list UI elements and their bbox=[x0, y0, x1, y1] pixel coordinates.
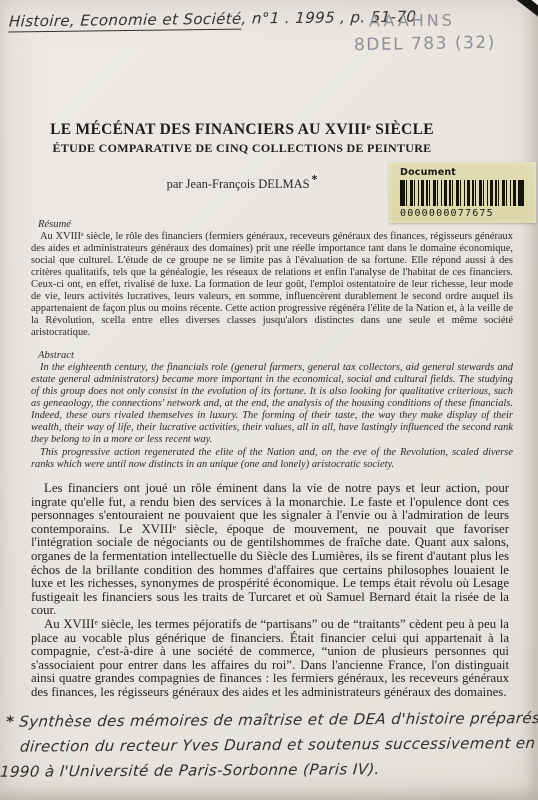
pencil-shelfmark-1: AAAHNS bbox=[369, 11, 455, 31]
handwritten-footnote: *Synthèse des mémoires de maîtrise et de… bbox=[1, 706, 507, 785]
article-title: LE MÉCÉNAT DES FINANCIERS AU XVIIIᵉ SIÈC… bbox=[0, 121, 484, 139]
author-name: par Jean-François DELMAS bbox=[167, 177, 310, 191]
footnote-line: 1990 à l'Université de Paris-Sorbonne (P… bbox=[0, 756, 503, 785]
journal-citation: Histoire, Economie et Société, n°1 . 199… bbox=[8, 8, 416, 31]
footnote-mark: * bbox=[5, 713, 15, 731]
footnote-line: *Synthèse des mémoires de maîtrise et de… bbox=[5, 706, 507, 735]
resume-section: Résumé Au XVIIIᵉ siècle, le rôle des fin… bbox=[31, 219, 513, 339]
abstract-section: Abstract In the eighteenth century, the … bbox=[31, 350, 513, 471]
abstract-paragraph-2: This progressive action regenerated the … bbox=[31, 447, 513, 471]
journal-title: Histoire, Economie et Société bbox=[8, 10, 242, 33]
article-body: Les financiers ont joué un rôle éminent … bbox=[31, 482, 509, 700]
body-paragraph-1: Les financiers ont joué un rôle éminent … bbox=[31, 482, 509, 618]
barcode-number: 0000000077675 bbox=[400, 208, 536, 219]
resume-text: Au XVIIIᵉ siècle, le rôle des financiers… bbox=[31, 231, 513, 339]
pencil-shelfmark-2: 8DEL 783 (32) bbox=[354, 33, 496, 55]
resume-label: Résumé bbox=[38, 219, 513, 230]
barcode-label: Document bbox=[400, 167, 536, 178]
barcode-icon bbox=[400, 180, 524, 206]
body-paragraph-2: Au XVIIIᵉ siècle, les termes péjoratifs … bbox=[31, 618, 509, 700]
barcode-sticker: Document 0000000077675 bbox=[389, 162, 536, 223]
scanned-article-page: Histoire, Economie et Société, n°1 . 199… bbox=[0, 0, 538, 800]
author-footnote-mark: * bbox=[312, 173, 318, 186]
footnote-line: direction du recteur Yves Durand et sout… bbox=[19, 731, 505, 759]
abstract-paragraph-1: In the eighteenth century, the financial… bbox=[31, 362, 513, 446]
page-corner-mark bbox=[514, 0, 538, 18]
footnote-text-1: Synthèse des mémoires de maîtrise et de … bbox=[19, 709, 538, 731]
article-subtitle: ÉTUDE COMPARATIVE DE CINQ COLLECTIONS DE… bbox=[0, 141, 484, 156]
abstract-label: Abstract bbox=[38, 350, 513, 361]
